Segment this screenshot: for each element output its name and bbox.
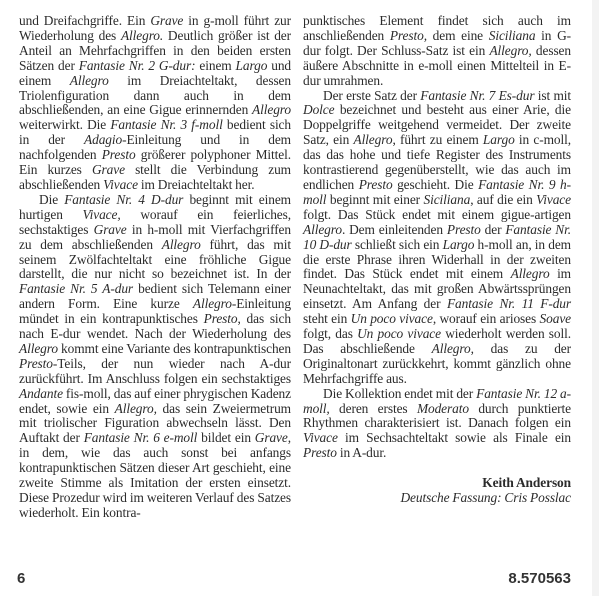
italic-term: Allegro <box>193 296 232 311</box>
signature-block: Keith Anderson Deutsche Fassung: Cris Po… <box>303 476 571 506</box>
text-run: dem eine <box>427 28 489 43</box>
italic-term: Moderato <box>417 401 469 416</box>
italic-term: Dolce <box>303 102 334 117</box>
page-edge-shadow <box>592 0 599 596</box>
italic-term: Allegro. <box>121 28 163 43</box>
italic-term: Un poco vivace <box>351 311 433 326</box>
italic-term: Un poco vivace <box>357 326 441 341</box>
text-run: , auf die ein <box>470 192 536 207</box>
author-name: Keith Anderson <box>303 476 571 491</box>
italic-term: Siciliana <box>423 192 470 207</box>
text-run: im Sechsachteltakt sowie als Finale ein <box>338 430 571 445</box>
italic-term: Presto <box>359 177 393 192</box>
left-text-column: und Dreifachgriffe. Ein Grave in g-moll … <box>19 14 291 521</box>
italic-term: Fantasie Nr. 11 F-dur <box>447 296 571 311</box>
text-run: kommt eine Variante des kontrapunktische… <box>58 341 291 356</box>
italic-term: Allegro, <box>489 43 531 58</box>
text-run: Die Kollektion endet mit der <box>323 386 476 401</box>
italic-term: Vivace <box>103 177 138 192</box>
text-run: -Teils, der nun wieder nach A-dur zurück… <box>19 356 291 386</box>
italic-term: Grave <box>94 222 127 237</box>
italic-term: Fantasie Nr. 2 G-dur: <box>79 58 196 73</box>
italic-term: Vivace <box>536 192 571 207</box>
italic-term: Presto <box>102 147 136 162</box>
text-run: in A-dur. <box>337 445 386 460</box>
text-run: , worauf ein arioses <box>433 311 540 326</box>
paragraph: und Dreifachgriffe. Ein Grave in g-moll … <box>19 14 291 193</box>
italic-term: Fantasie Nr. 6 e-moll <box>84 430 198 445</box>
italic-term: Grave <box>92 162 125 177</box>
paragraph: Der erste Satz der Fantasie Nr. 7 Es-dur… <box>303 89 571 387</box>
italic-term: Allegro <box>252 102 291 117</box>
text-run: ist mit <box>534 88 571 103</box>
text-run: der <box>481 222 506 237</box>
italic-term: Allegro <box>162 237 201 252</box>
italic-term: Allegro <box>511 266 550 281</box>
page-number: 6 <box>17 570 25 587</box>
italic-term: Largo <box>443 237 475 252</box>
italic-term: Adagio <box>84 132 122 147</box>
text-run: folgt. Das Stück endet mit einem gigue-a… <box>303 207 571 222</box>
catalog-number: 8.570563 <box>508 570 571 587</box>
text-run: steht ein <box>303 311 351 326</box>
italic-term: Allegro <box>303 222 342 237</box>
italic-term: Siciliana <box>489 28 536 43</box>
italic-term: Grave <box>150 13 183 28</box>
italic-term: Largo <box>236 58 268 73</box>
text-run: und Dreifachgriffe. Ein <box>19 13 150 28</box>
text-run: beginnt mit einer <box>326 192 423 207</box>
text-run: , führt zu einem <box>392 132 482 147</box>
text-run: schließt sich ein <box>352 237 443 252</box>
italic-term: Presto <box>303 445 337 460</box>
text-run: weiterwirkt. Die <box>19 117 110 132</box>
text-run: Der erste Satz der <box>323 88 420 103</box>
right-text-column: punktisches Element findet sich auch im … <box>303 14 571 506</box>
italic-term: Vivace <box>303 430 338 445</box>
italic-term: Fantasie Nr. 7 Es-dur <box>420 88 534 103</box>
italic-term: Allegro <box>432 341 471 356</box>
italic-term: Allegro <box>353 132 392 147</box>
text-run: deren erstes <box>330 401 417 416</box>
italic-term: Fantasie Nr. 3 f-moll <box>110 117 222 132</box>
italic-term: Fantasie Nr. 5 A-dur <box>19 281 133 296</box>
paragraph: Die Kollektion endet mit der Fantasie Nr… <box>303 387 571 462</box>
italic-term: Presto, <box>390 28 427 43</box>
italic-term: Largo <box>483 132 515 147</box>
italic-term: Soave <box>540 311 571 326</box>
italic-term: Allegro <box>19 341 58 356</box>
text-run: einem <box>195 58 235 73</box>
text-run: im Dreiachteltakt her. <box>138 177 255 192</box>
text-run: Die <box>39 192 64 207</box>
italic-term: Andante <box>19 386 63 401</box>
italic-term: Grave <box>255 430 288 445</box>
text-run: geschieht. Die <box>393 177 479 192</box>
text-run: folgt, das <box>303 326 357 341</box>
italic-term: Presto <box>447 222 481 237</box>
text-run: bildet ein <box>197 430 255 445</box>
text-run: . Dem einleitenden <box>342 222 447 237</box>
translation-credit: Deutsche Fassung: Cris Posslac <box>303 491 571 506</box>
italic-term: Presto <box>204 311 238 326</box>
italic-term: Fantasie Nr. 4 D-dur <box>64 192 183 207</box>
italic-term: Vivace, <box>83 207 121 222</box>
paragraph: punktisches Element findet sich auch im … <box>303 14 571 89</box>
italic-term: Presto <box>19 356 53 371</box>
italic-term: Allegro <box>70 73 109 88</box>
paragraph: Die Fantasie Nr. 4 D-dur beginnt mit ein… <box>19 193 291 521</box>
italic-term: Allegro, <box>115 401 157 416</box>
